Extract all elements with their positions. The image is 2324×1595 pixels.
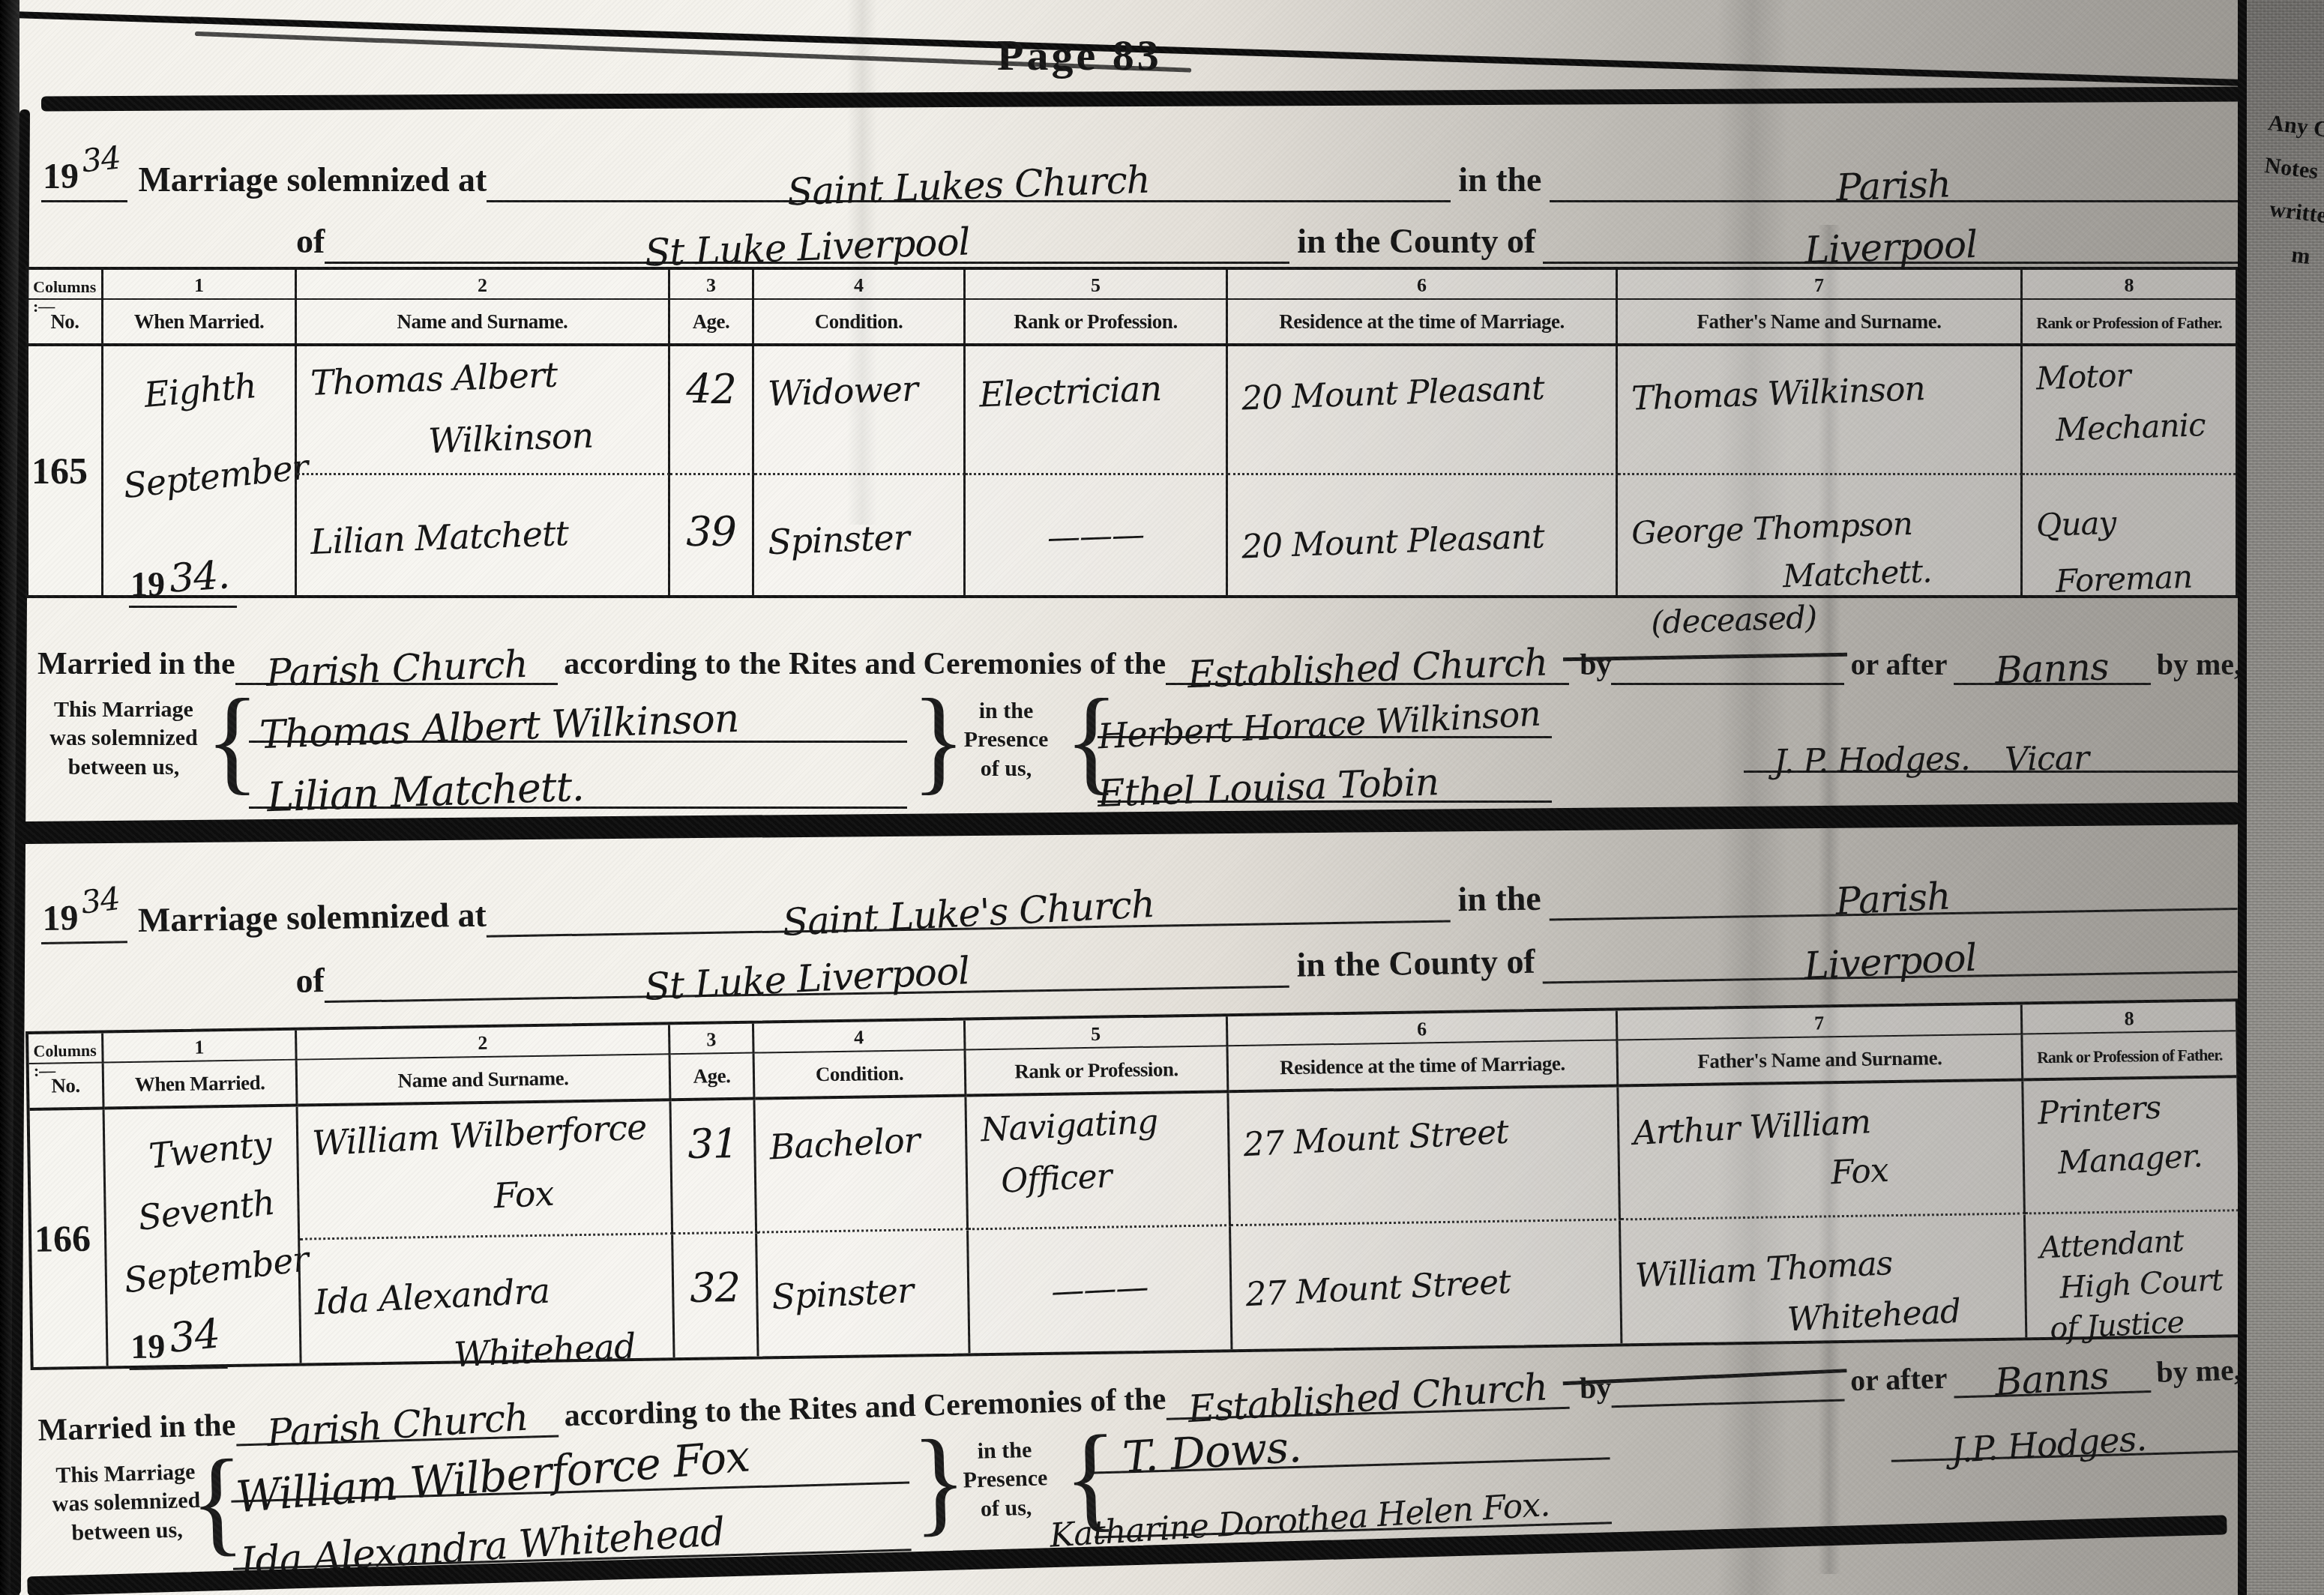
record1-when-married-cell: Eighth September 19 34.	[103, 346, 297, 595]
record2-church-blank: Saint Luke's Church	[486, 862, 1451, 937]
record2-place-value: St Luke Liverpool	[643, 949, 970, 1009]
record1-officiant-title: Vicar	[2004, 739, 2089, 779]
bride-father-rank-line: Attendant	[2039, 1222, 2230, 1265]
when-line: September	[121, 1241, 289, 1301]
bride-name-line: Ida Alexandra	[313, 1264, 662, 1322]
record2-year-hand: 34	[79, 880, 121, 921]
record1-solemnized-label: Marriage solemnized at	[138, 160, 487, 202]
col-num-5: 5	[966, 270, 1228, 300]
record2-year: 19 34	[40, 896, 127, 944]
record2-groom-residence-cell: 27 Mount Street	[1229, 1087, 1621, 1226]
record1-bride-father-rank-cell: Quay Foreman	[2023, 475, 2236, 595]
record1-bride-signature-line: Lilian Matchett.	[249, 744, 907, 809]
record1-bride-condition-cell: Spinster	[754, 475, 966, 595]
year-prefix: 19	[130, 1326, 166, 1366]
bride-father-rank-line: Foreman	[2055, 557, 2226, 600]
record2-groom-father-cell: Arthur William Fox	[1619, 1081, 2026, 1220]
record1-groom-father-rank-cell: Motor Mechanic	[2023, 346, 2236, 475]
record1-presence-label: in the Presence of us,	[954, 697, 1059, 783]
record1-witness2-line: Ethel Louisa Tobin	[1098, 739, 1552, 803]
record2-countyof-label: in the County of	[1296, 941, 1535, 988]
col-head-father-rank: Rank or Profession of Father.	[2023, 300, 2236, 346]
record2-when-married-cell: Twenty Seventh September 19 34	[105, 1107, 302, 1366]
record2-groom-condition-cell: Bachelor	[755, 1097, 969, 1233]
record1-officiant-signature: J. P. Hodges.	[1774, 740, 1971, 782]
bride-father-line: Matchett.	[1782, 550, 2011, 595]
scanned-register-page: Page 83 19 34 Marriage solemnized at Sai…	[0, 0, 2324, 1595]
record1-banns-blank: Banns	[1954, 625, 2151, 685]
col-head-residence: Residence at the time of Marriage.	[1228, 300, 1618, 346]
groom-condition: Widower	[767, 367, 954, 414]
col-num-1: 1	[103, 270, 297, 300]
bride-name-line: Lilian Matchett	[310, 510, 658, 562]
col-num-8: 8	[2023, 270, 2236, 300]
when-year-hand: 34	[167, 1309, 222, 1361]
or-after-label: or after	[1850, 647, 1947, 685]
bride-father-rank-line: High Court	[2059, 1263, 2230, 1306]
page-title: Page 83	[997, 30, 1162, 80]
title-divider	[41, 87, 2249, 112]
col-num-6: 6	[1228, 270, 1618, 300]
groom-age: 42	[686, 366, 736, 473]
margin-note-line: m	[2289, 233, 2324, 280]
groom-father-line: Fox	[1829, 1145, 2013, 1193]
groom-name-line: Thomas Albert	[310, 351, 658, 403]
bride-residence: 20 Mount Pleasant	[1241, 516, 1605, 567]
record2-officiant-line: J.P. Hodges.	[1890, 1393, 2245, 1462]
record1-groom-name-cell: Thomas Albert Wilkinson	[297, 346, 670, 475]
col-head-father-rank: Rank or Profession of Father.	[2023, 1031, 2236, 1081]
this-marriage-line: was solemnized	[43, 1486, 209, 1520]
record1-this-marriage-label: This Marriage was solemnized between us,	[41, 696, 206, 782]
this-marriage-line: This Marriage	[41, 696, 206, 724]
by-label: by	[1580, 647, 1611, 685]
groom-father-rank-line: Printers	[2037, 1085, 2227, 1131]
col-head-condition: Condition.	[755, 1050, 967, 1100]
record2-this-marriage-label: This Marriage was solemnized between us,	[43, 1458, 210, 1549]
record2-groom-rank-cell: Navigating Officer	[966, 1093, 1231, 1230]
record1-parish-value: Parish	[1835, 162, 1951, 209]
margin-note-line: Any C	[2266, 101, 2324, 152]
bride-age: 39	[686, 508, 736, 595]
record2-parish-value: Parish	[1834, 874, 1951, 923]
this-marriage-line: between us,	[41, 753, 206, 782]
groom-name-line: Wilkinson	[428, 413, 658, 462]
record1-groom-signature-line: Thomas Albert Wilkinson	[249, 679, 907, 743]
col-num-5: 5	[966, 1016, 1229, 1050]
bride-condition: Spinster	[767, 516, 954, 563]
record2-officiant-signature: J.P. Hodges.	[1950, 1418, 2147, 1471]
presence-line: of us,	[954, 1493, 1059, 1525]
presence-line: in the	[954, 697, 1059, 726]
col-head-age: Age.	[671, 1054, 756, 1102]
groom-name-line: Fox	[493, 1168, 661, 1216]
col-head-name: Name and Surname.	[298, 1055, 672, 1106]
record2-county-value: Liverpool	[1803, 935, 1978, 988]
by-me-label: by me,	[2156, 1352, 2242, 1393]
margin-note-line: Notes	[2262, 144, 2324, 195]
record2-parish-blank: Parish	[1548, 850, 2238, 920]
presence-line: in the	[951, 1435, 1057, 1467]
groom-residence: 27 Mount Street	[1242, 1108, 1607, 1164]
col-head-name: Name and Surname.	[297, 300, 670, 346]
bride-rank-dash: ———	[969, 1264, 1230, 1315]
record2-county-blank: Liverpool	[1542, 914, 2238, 984]
record1-groom-rank-cell: Electrician	[966, 346, 1228, 475]
when-line: Eighth	[142, 363, 286, 415]
record1-county-value: Liverpool	[1804, 223, 1978, 272]
groom-rank-line: Navigating	[980, 1100, 1217, 1150]
record2-presence-label: in the Presence of us,	[951, 1435, 1059, 1525]
presence-line: of us,	[954, 755, 1059, 783]
col-num-8: 8	[2023, 1001, 2236, 1034]
record2-bride-age-cell: 32	[673, 1234, 759, 1358]
record1-groom-father-cell: Thomas Wilkinson	[1618, 346, 2023, 475]
bride-father-line: George Thompson	[1631, 501, 2010, 552]
bride-residence: 27 Mount Street	[1244, 1258, 1610, 1314]
record1-header-line2: of St Luke Liverpool in the County of Li…	[41, 205, 2238, 264]
margin-note-line: writte	[2267, 187, 2324, 237]
col-head-father: Father's Name and Surname.	[1618, 1034, 2023, 1087]
margin-note-text: Any C Notes writte m	[2250, 101, 2324, 280]
by-me-label: by me,	[2157, 647, 2242, 685]
record1-church-blank: Saint Lukes Church	[487, 142, 1451, 202]
this-marriage-line: This Marriage	[43, 1458, 208, 1492]
record1-number: 165	[28, 449, 88, 492]
bride-age: 32	[690, 1264, 741, 1357]
columns-label: Columns :—	[28, 1033, 104, 1064]
groom-father: Thomas Wilkinson	[1631, 367, 2010, 418]
record1-banns-value: Banns	[1994, 645, 2110, 692]
record1-bride-father-cell: George Thompson Matchett. (deceased)	[1618, 475, 2023, 595]
record1-groom-age-cell: 42	[670, 346, 754, 475]
record2-number-cell: 166	[30, 1109, 109, 1366]
bride-rank-dash: ———	[965, 513, 1226, 560]
col-head-rank: Rank or Profession.	[966, 1046, 1229, 1097]
year-prefix: 19	[130, 564, 165, 604]
record2-of-label: of	[295, 960, 325, 1004]
record1-groom-residence-cell: 20 Mount Pleasant	[1228, 346, 1618, 475]
record1-number-cell: 165	[28, 346, 103, 595]
col-head-no: No.	[29, 1063, 105, 1110]
record1-bride-name-cell: Lilian Matchett	[297, 475, 670, 595]
record1-when-year: 19 34.	[129, 561, 237, 608]
col-head-father: Father's Name and Surname.	[1618, 300, 2023, 346]
record1-year-hand: 34	[80, 139, 122, 179]
record1-bride-age-cell: 39	[670, 475, 754, 595]
record2-in-the-label: in the	[1457, 878, 1541, 923]
groom-father-rank-line: Manager.	[2057, 1136, 2228, 1181]
col-head-residence: Residence at the time of Marriage.	[1228, 1040, 1619, 1093]
record1-place-blank: St Luke Liverpool	[325, 205, 1289, 264]
col-num-4: 4	[754, 1020, 966, 1053]
record1-bride-rank-cell: ———	[966, 475, 1228, 595]
groom-age: 31	[687, 1120, 739, 1232]
record1-bride-signature: Lilian Matchett.	[266, 763, 584, 821]
col-num-7: 7	[1618, 270, 2023, 300]
record2-place-blank: St Luke Liverpool	[324, 929, 1289, 1003]
record1-header-line1: 19 34 Marriage solemnized at Saint Lukes…	[41, 142, 2238, 202]
record2-groom-father-rank-cell: Printers Manager.	[2023, 1078, 2239, 1214]
groom-condition: Bachelor	[768, 1118, 955, 1167]
record1-countyof-label: in the County of	[1297, 221, 1535, 264]
record2-witness2-line: Katharine Dorothea Helen Fox.	[1093, 1459, 1612, 1538]
record1-table: Columns :— 1 2 3 4 5 6 7 8 No. When Marr…	[25, 267, 2239, 598]
record1-in-the-label: in the	[1458, 160, 1541, 202]
presence-line: Presence	[954, 726, 1059, 754]
columns-label: Columns :—	[28, 270, 103, 300]
record1-year: 19 34	[41, 156, 127, 202]
presence-line: Presence	[953, 1464, 1059, 1495]
groom-father-line: Arthur William	[1632, 1096, 2012, 1153]
record2-bride-name-cell: Ida Alexandra Whitehead	[300, 1234, 675, 1363]
when-line: September	[121, 449, 286, 506]
record1-county-blank: Liverpool	[1543, 205, 2238, 264]
record1-parish-blank: Parish	[1550, 142, 2239, 202]
col-head-rank: Rank or Profession.	[966, 300, 1228, 346]
record1-of-label: of	[296, 221, 325, 264]
record1-married-in-blank: Parish Church	[235, 625, 559, 685]
bride-father-line: William Thomas	[1634, 1238, 2014, 1295]
col-num-4: 4	[754, 270, 966, 300]
record1-witness1-line: Herbert Horace Wilkinson	[1098, 675, 1552, 738]
when-year-hand: 34.	[168, 552, 231, 601]
bride-condition: Spinster	[771, 1267, 957, 1317]
record1-by-blank	[1611, 625, 1844, 685]
col-head-when: When Married.	[103, 300, 297, 346]
record2-groom-age-cell: 31	[671, 1100, 757, 1235]
record1-groom-condition-cell: Widower	[754, 346, 966, 475]
right-page-margin: Any C Notes writte m	[2238, 0, 2324, 1595]
col-head-when: When Married.	[104, 1061, 298, 1110]
when-line: Seventh	[136, 1181, 289, 1238]
col-num-3: 3	[670, 270, 754, 300]
groom-father-rank-line: Mechanic	[2055, 405, 2226, 448]
record2-by-blank	[1610, 1342, 1845, 1408]
or-after-label: or after	[1850, 1360, 1948, 1402]
col-num-1: 1	[103, 1031, 298, 1064]
col-head-age: Age.	[670, 300, 754, 346]
year-prefix: 19	[43, 156, 79, 200]
col-head-condition: Condition.	[754, 300, 966, 346]
groom-father-rank-line: Motor	[2035, 354, 2226, 397]
when-line: Twenty	[147, 1122, 288, 1176]
col-num-2: 2	[297, 270, 670, 300]
top-scan-line	[0, 10, 2324, 89]
groom-residence: 20 Mount Pleasant	[1241, 367, 1605, 418]
this-marriage-line: between us,	[44, 1515, 210, 1549]
record2-number: 166	[31, 1216, 91, 1261]
col-head-no: No.	[28, 300, 103, 346]
record2-banns-blank: Banns	[1952, 1333, 2151, 1398]
this-marriage-line: was solemnized	[41, 724, 206, 753]
record2-groom-name-cell: William Wilberforce Fox	[298, 1101, 674, 1240]
record1-bride-residence-cell: 20 Mount Pleasant	[1228, 475, 1618, 595]
year-prefix: 19	[42, 897, 79, 942]
bride-father-rank-line: Quay	[2035, 501, 2226, 544]
groom-rank: Electrician	[978, 367, 1216, 415]
record1-witness2-signature: Ethel Louisa Tobin	[1097, 760, 1439, 815]
groom-name-line: William Wilberforce	[311, 1106, 660, 1163]
record1-officiant-line: J. P. Hodges. Vicar	[1744, 712, 2251, 773]
groom-rank-line: Officer	[1000, 1151, 1218, 1200]
record2-solemnized-label: Marriage solemnized at	[138, 895, 487, 943]
record2-bride-condition-cell: Spinster	[757, 1230, 970, 1356]
col-num-3: 3	[670, 1024, 755, 1055]
